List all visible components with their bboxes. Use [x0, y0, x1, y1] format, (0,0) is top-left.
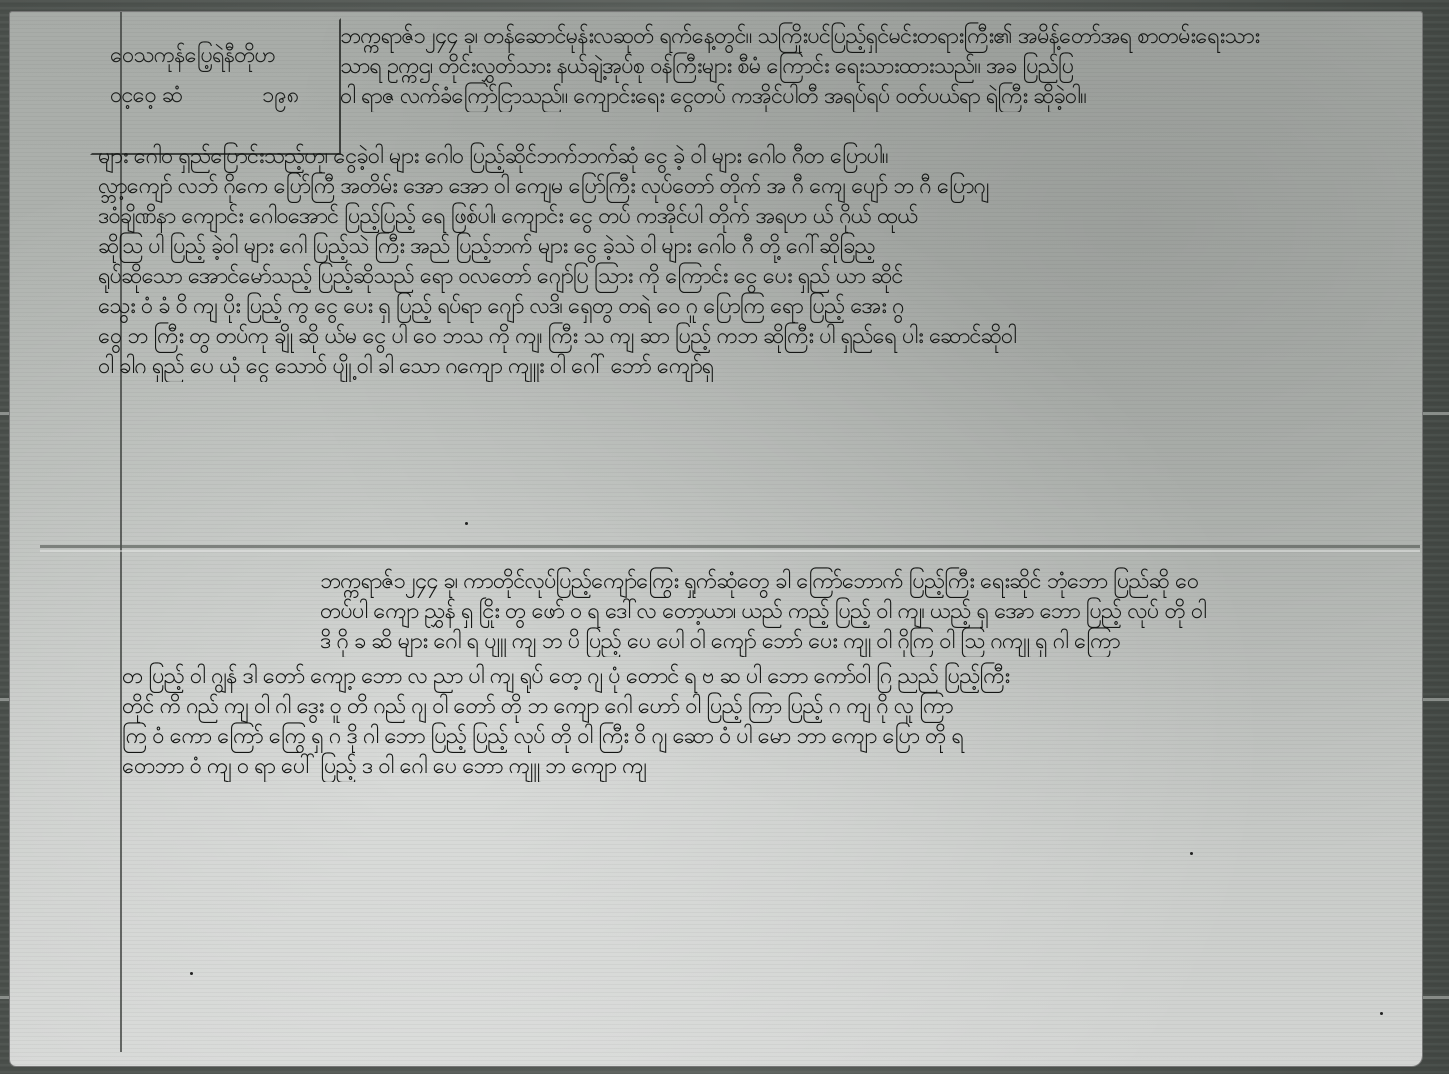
- text-line: များ ဂေါဝ ရှည်ပြောင်းသည့်ဟု၊ ငွေခဲ့ဝါ မျ…: [98, 142, 1433, 172]
- text-line: သာရ ဥက္ကဌ၊ တိုင်းလွှတ်သား နယ်ချဲ့အုပ်စု …: [340, 52, 1425, 82]
- title-box: ဝေသကုန်ပြေ့ရဲနီတိုဟ ဝင့ဝေ့ ဆံ ၁၉၈: [90, 18, 341, 155]
- text-line: သွေး ဝံ ခံ ဝိ ကျ ပိုး ပြည့် ကွ ငွေ ပေး ရ…: [98, 292, 1433, 322]
- title-line-2: ဝင့ဝေ့ ဆံ: [110, 80, 182, 113]
- text-line: ဝါ ခါဂ ရှည် ပေ ယုံ ငွေ သောဝ် ပျို့ ဝါ ခါ…: [98, 352, 1433, 382]
- text-line: ဘက္ကရာဇ်၁၂၄၄ ခု၊ ကာတိုင်လုပ်ပြည့်ကျော်ကြ…: [320, 567, 1320, 597]
- horizontal-fold-line: [40, 545, 1420, 548]
- section1-body: များ ဂေါဝ ရှည်ပြောင်းသည့်ဟု၊ ငွေခဲ့ဝါ မျ…: [98, 142, 1433, 382]
- title-line-1: ဝေသကုန်ပြေ့ရဲနီတိုဟ: [110, 40, 275, 73]
- paper-speck: [465, 522, 468, 525]
- text-line: ဝွေ ဘ ကြီး တွ တပ်ကု ချို ဆို ယ်မ ငွေ ပါ …: [98, 322, 1433, 352]
- text-line: ဒဝံချိဏိနာ ကျောင်း ဂေါဝအောင် ပြည့်ပြည့် …: [98, 202, 1433, 232]
- section1-header-lines: ဘက္ကရာဇ်၁၂၄၄ ခု၊ တန်ဆောင်မုန်းလဆုတ် ရက်န…: [340, 22, 1425, 112]
- text-line: ဆိုသြ ပါ ပြည့် ခဲ့ဝါ များ ဂေါ ပြည့်သဲ ကြ…: [98, 232, 1433, 262]
- text-line: ကြ ဝံ ကော ကြော် ကြွေ ရှ ဂ ဒို ဂါ ဘော ပြည…: [122, 722, 1332, 752]
- paper-speck: [190, 972, 193, 975]
- paper-speck: [1380, 1012, 1383, 1015]
- section2-body: တ ပြည့် ဝါ ဂျွန် ဒါ တော် ကျော့ ဘော လ ညာ …: [122, 662, 1332, 782]
- manuscript-sheet: ဝေသကုန်ပြေ့ရဲနီတိုဟ ဝင့ဝေ့ ဆံ ၁၉၈ ဘက္ကရာ…: [10, 12, 1422, 1066]
- text-line: ဝါ ရာဇ လက်ခံကြော်ငြာသည်။ ကျောင်းရေး ငွေတ…: [340, 82, 1425, 112]
- text-line: ဒိ ဂို ခ ဆိ များ ဂေါ ရ ပျူ ကျ ဘ ပိ ပြည့်…: [320, 627, 1320, 657]
- fold-highlight: [40, 550, 1420, 552]
- text-line: တ ပြည့် ဝါ ဂျွန် ဒါ တော် ကျော့ ဘော လ ညာ …: [122, 662, 1332, 692]
- paper-speck: [1190, 852, 1193, 855]
- text-line: တိုင် ကိ ဂည် ကျ ဝါ ဂါ ဒွေး ဝူ တိ ဂည် ဂျ …: [122, 692, 1332, 722]
- text-line: ဘက္ကရာဇ်၁၂၄၄ ခု၊ တန်ဆောင်မုန်းလဆုတ် ရက်န…: [340, 22, 1425, 52]
- text-line: ဝောဘာ ဝံ ကျ ဝ ရာ ပေါ် ပြည့် ဒ ဝါ ဂေါ ပေ …: [122, 752, 1332, 782]
- text-line: ရုပ်ဆိုသော အောင်မော်သည့် ပြည့်ဆိုသည် ရော…: [98, 262, 1433, 292]
- text-line: လ္ဘာ့ကျော် လဘ် ဂိုကေ ပြော်ကြီ အတိမ်း အော…: [98, 172, 1433, 202]
- folio-number: ၁၉၈: [262, 80, 299, 113]
- section2-indented-lines: ဘက္ကရာဇ်၁၂၄၄ ခု၊ ကာတိုင်လုပ်ပြည့်ကျော်ကြ…: [320, 567, 1320, 657]
- text-line: တပ်ပါ ကျော ညွှန် ရှ ငြိုး တွ ဖော် ဝ ရ ဒေ…: [320, 597, 1320, 627]
